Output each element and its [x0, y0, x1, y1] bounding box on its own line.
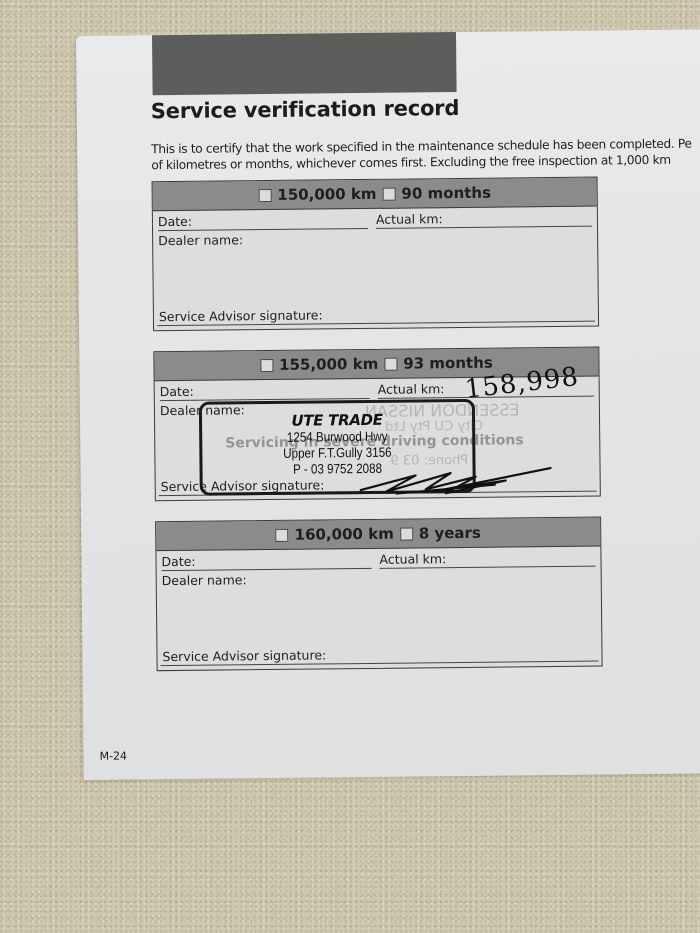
date-field[interactable]: Date:	[158, 212, 368, 231]
record-header: 150,000 km 90 months	[153, 178, 597, 212]
service-advisor-signature-field[interactable]: Service Advisor signature:	[160, 645, 598, 667]
service-advisor-signature-field[interactable]: Service Advisor signature:	[157, 305, 595, 327]
time-checkbox[interactable]	[400, 527, 413, 540]
distance-option: 160,000 km	[295, 525, 394, 544]
time-option: 93 months	[403, 354, 493, 373]
manual-page: Service verification record This is to c…	[76, 29, 700, 780]
actual-km-field[interactable]: Actual km:	[376, 210, 592, 229]
dealer-name-field[interactable]: Dealer name:	[162, 569, 596, 589]
time-checkbox[interactable]	[384, 357, 397, 370]
date-field[interactable]: Date:	[161, 552, 371, 571]
distance-option: 150,000 km	[277, 185, 376, 204]
service-record-160000: 160,000 km 8 years Date: Actual km: Deal…	[155, 517, 603, 672]
record-header: 160,000 km 8 years	[156, 518, 600, 552]
distance-option: 155,000 km	[279, 355, 378, 374]
dealer-name-field[interactable]: Dealer name:	[158, 229, 592, 249]
time-checkbox[interactable]	[382, 187, 395, 200]
date-field[interactable]: Date:	[160, 382, 370, 401]
time-option: 90 months	[401, 184, 491, 203]
time-option: 8 years	[419, 524, 481, 543]
signature-scribble	[356, 466, 556, 498]
page-number: M-24	[99, 750, 127, 763]
page-title: Service verification record	[151, 96, 460, 123]
distance-checkbox[interactable]	[260, 358, 273, 371]
service-record-150000: 150,000 km 90 months Date: Actual km: De…	[152, 177, 600, 332]
distance-checkbox[interactable]	[258, 188, 271, 201]
header-bar	[152, 32, 457, 95]
service-record-155000: 155,000 km 93 months Date: Actual km: De…	[153, 347, 601, 502]
actual-km-field[interactable]: Actual km:	[379, 550, 595, 569]
distance-checkbox[interactable]	[276, 528, 289, 541]
intro-text: This is to certify that the work specifi…	[151, 136, 692, 174]
